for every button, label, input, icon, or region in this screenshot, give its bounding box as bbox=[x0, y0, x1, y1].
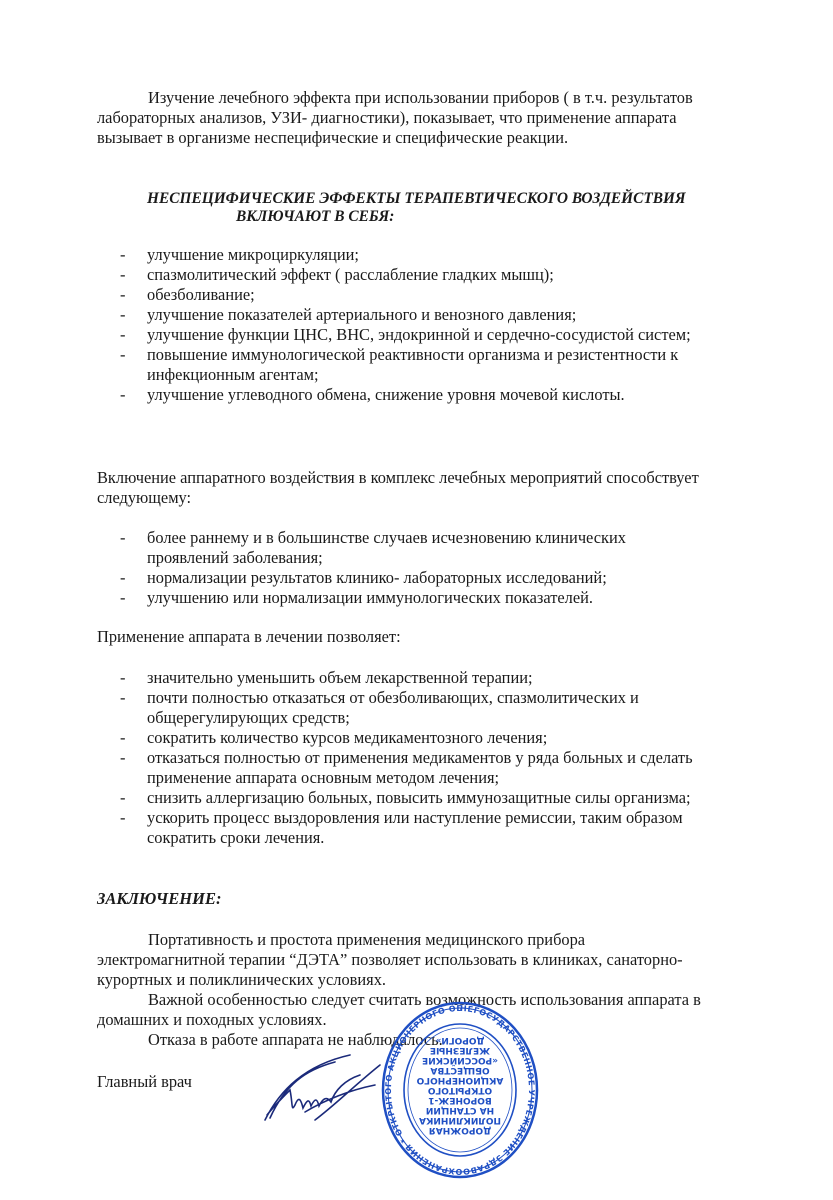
svg-text:ДОРОГИ»: ДОРОГИ» bbox=[435, 1035, 484, 1045]
svg-text:ОБЩЕСТВА: ОБЩЕСТВА bbox=[430, 1065, 489, 1075]
svg-text:ОТКРЫТОГО: ОТКРЫТОГО bbox=[428, 1085, 493, 1095]
list-item: -обезболивание; bbox=[120, 285, 710, 305]
svg-text:ЖЕЛЕЗНЫЕ: ЖЕЛЕЗНЫЕ bbox=[430, 1045, 490, 1055]
list-item: -значительно уменьшить объем лекарственн… bbox=[120, 668, 720, 688]
svg-text:ВОРОНЕЖ-1: ВОРОНЕЖ-1 bbox=[428, 1095, 491, 1105]
list-item: -снизить аллергизацию больных, повысить … bbox=[120, 788, 720, 808]
list-item: -улучшение показателей артериального и в… bbox=[120, 305, 710, 325]
inclusion-paragraph: Включение аппаратного воздействия в комп… bbox=[97, 468, 717, 508]
inclusion-list: -более раннему и в большинстве случаев и… bbox=[120, 528, 710, 608]
list-item: -повышение иммунологической реактивности… bbox=[120, 345, 710, 385]
svg-text:ДОРОЖНАЯ: ДОРОЖНАЯ bbox=[429, 1125, 491, 1135]
signature-icon bbox=[255, 1050, 385, 1125]
heading-line-1: НЕСПЕЦИФИЧЕСКИЕ ЭФФЕКТЫ ТЕРАПЕВТИЧЕСКОГО… bbox=[147, 189, 686, 209]
list-item: -спазмолитический эффект ( расслабление … bbox=[120, 265, 710, 285]
list-item: -почти полностью отказаться от обезболив… bbox=[120, 688, 720, 728]
application-list: -значительно уменьшить объем лекарственн… bbox=[120, 668, 720, 848]
nonspecific-effects-list: -улучшение микроциркуляции; -спазмолитич… bbox=[120, 245, 710, 405]
list-item: -более раннему и в большинстве случаев и… bbox=[120, 528, 710, 568]
conclusion-paragraph: Портативность и простота применения меди… bbox=[97, 930, 717, 990]
svg-text:НА СТАНЦИИ: НА СТАНЦИИ bbox=[426, 1105, 494, 1115]
list-item: -улучшение микроциркуляции; bbox=[120, 245, 710, 265]
list-item: -отказаться полностью от применения меди… bbox=[120, 748, 720, 788]
heading-line-2: ВКЛЮЧАЮТ В СЕБЯ: bbox=[236, 207, 394, 227]
document-page: Изучение лечебного эффекта при использов… bbox=[0, 0, 833, 1200]
stamp-icon: НЕГОСУДАРСТВЕННОЕ УЧРЕЖДЕНИЕ ЗДРАВООХРАН… bbox=[380, 1000, 540, 1180]
list-item: -ускорить процесс выздоровления или наст… bbox=[120, 808, 720, 848]
list-item: -улучшению или нормализации иммунологиче… bbox=[120, 588, 710, 608]
signer-title: Главный врач bbox=[97, 1072, 192, 1092]
list-item: -улучшение функции ЦНС, ВНС, эндокринной… bbox=[120, 325, 710, 345]
application-paragraph: Применение аппарата в лечении позволяет: bbox=[97, 627, 717, 647]
conclusion-heading: ЗАКЛЮЧЕНИЕ: bbox=[97, 889, 221, 909]
intro-paragraph: Изучение лечебного эффекта при использов… bbox=[97, 88, 717, 148]
list-item: -нормализации результатов клинико- лабор… bbox=[120, 568, 710, 588]
svg-text:АКЦИОНЕРНОГО: АКЦИОНЕРНОГО bbox=[416, 1075, 503, 1085]
list-item: -улучшение углеводного обмена, снижение … bbox=[120, 385, 710, 405]
list-item: -сократить количество курсов медикаменто… bbox=[120, 728, 720, 748]
svg-text:«РОССИЙСКИЕ: «РОССИЙСКИЕ bbox=[422, 1055, 498, 1067]
svg-text:ПОЛИКЛИНИКА: ПОЛИКЛИНИКА bbox=[419, 1115, 501, 1125]
